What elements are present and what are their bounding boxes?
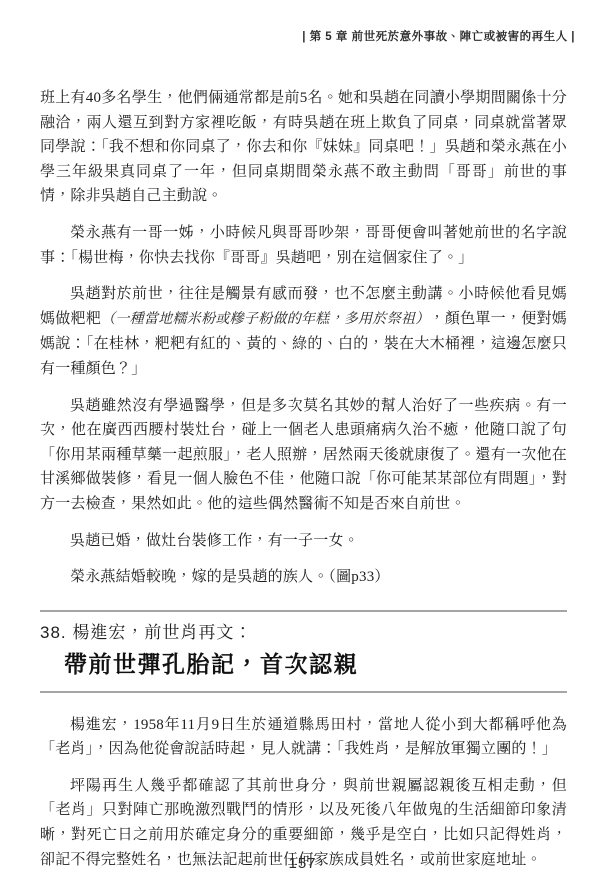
running-header: | 第 5 章 前世死於意外事故、陣亡或被害的再生人 |	[302, 28, 575, 44]
paragraph-continuation: 班上有40多名學生，他們倆通常都是前5名。她和吳趙在同讀小學期間關係十分融洽，兩…	[40, 86, 567, 209]
paragraph: 楊進宏，1958年11月9日生於通道縣馬田村，當地人從小到大都稱呼他為「老肖」，…	[40, 713, 567, 762]
paragraph: 榮永燕有一哥一姊，小時候凡與哥哥吵架，哥哥便會叫著她前世的名字說事：「楊世梅，你…	[40, 221, 567, 270]
paragraph: 榮永燕結婚較晚，嫁的是吳趙的族人。（圖p33）	[40, 565, 567, 590]
paragraph: 吳趙對於前世，往往是觸景有感而發，也不怎麼主動講。小時候他看見媽媽做粑粑（一種當…	[40, 282, 567, 381]
paragraph-annotation-kai: （一種當地糯米粉或糝子粉做的年糕，多用於祭祖）	[101, 312, 429, 327]
paragraph: 吳趙已婚，做灶台裝修工作，有一子一女。	[40, 529, 567, 554]
book-page: | 第 5 章 前世死於意外事故、陣亡或被害的再生人 | 班上有40多名學生，他…	[0, 0, 605, 896]
section-number-title: 38. 楊進宏，前世肖再文：	[40, 622, 567, 644]
paragraph: 吳趙雖然沒有學過醫學，但是多次莫名其妙的幫人治好了一些疾病。有一次，他在廣西西腰…	[40, 394, 567, 517]
page-content: 班上有40多名學生，他們倆通常都是前5名。她和吳趙在同讀小學期間關係十分融洽，兩…	[40, 86, 567, 884]
section-heading: 38. 楊進宏，前世肖再文： 帶前世彈孔胎記，首次認親	[40, 610, 567, 693]
page-number: 157	[0, 855, 605, 872]
section-subtitle: 帶前世彈孔胎記，首次認親	[40, 649, 567, 679]
